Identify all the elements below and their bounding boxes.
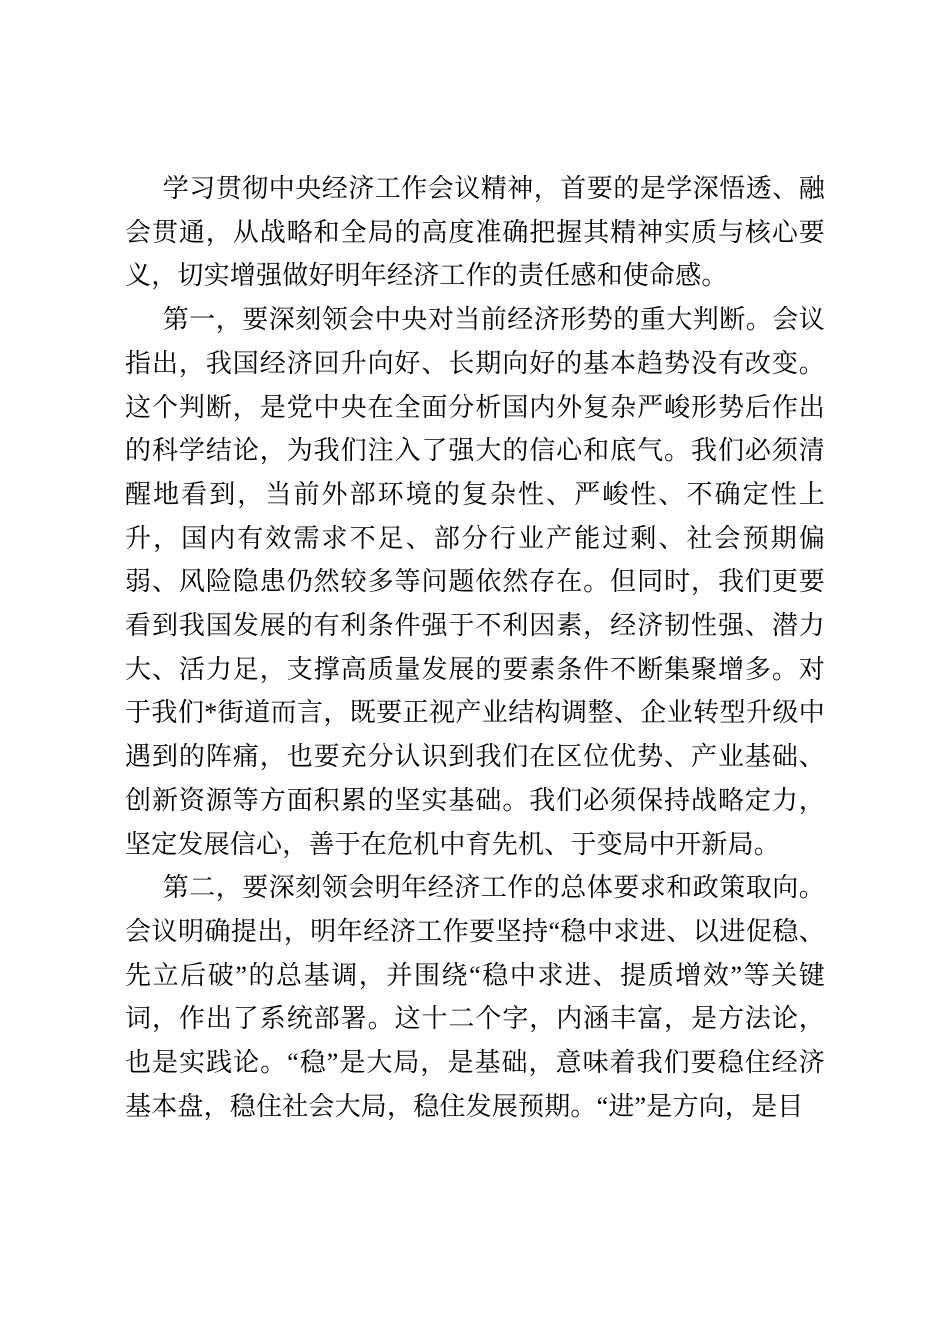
paragraph-point-two: 第二，要深刻领会明年经济工作的总体要求和政策取向。会议明确提出，明年经济工作要坚… — [125, 866, 825, 1128]
paragraph-point-one: 第一，要深刻领会中央对当前经济形势的重大判断。会议指出，我国经济回升向好、长期向… — [125, 298, 825, 866]
paragraph-intro: 学习贯彻中央经济工作会议精神，首要的是学深悟透、融会贯通，从战略和全局的高度准确… — [125, 167, 825, 298]
document-page: 学习贯彻中央经济工作会议精神，首要的是学深悟透、融会贯通，从战略和全局的高度准确… — [0, 0, 950, 1344]
